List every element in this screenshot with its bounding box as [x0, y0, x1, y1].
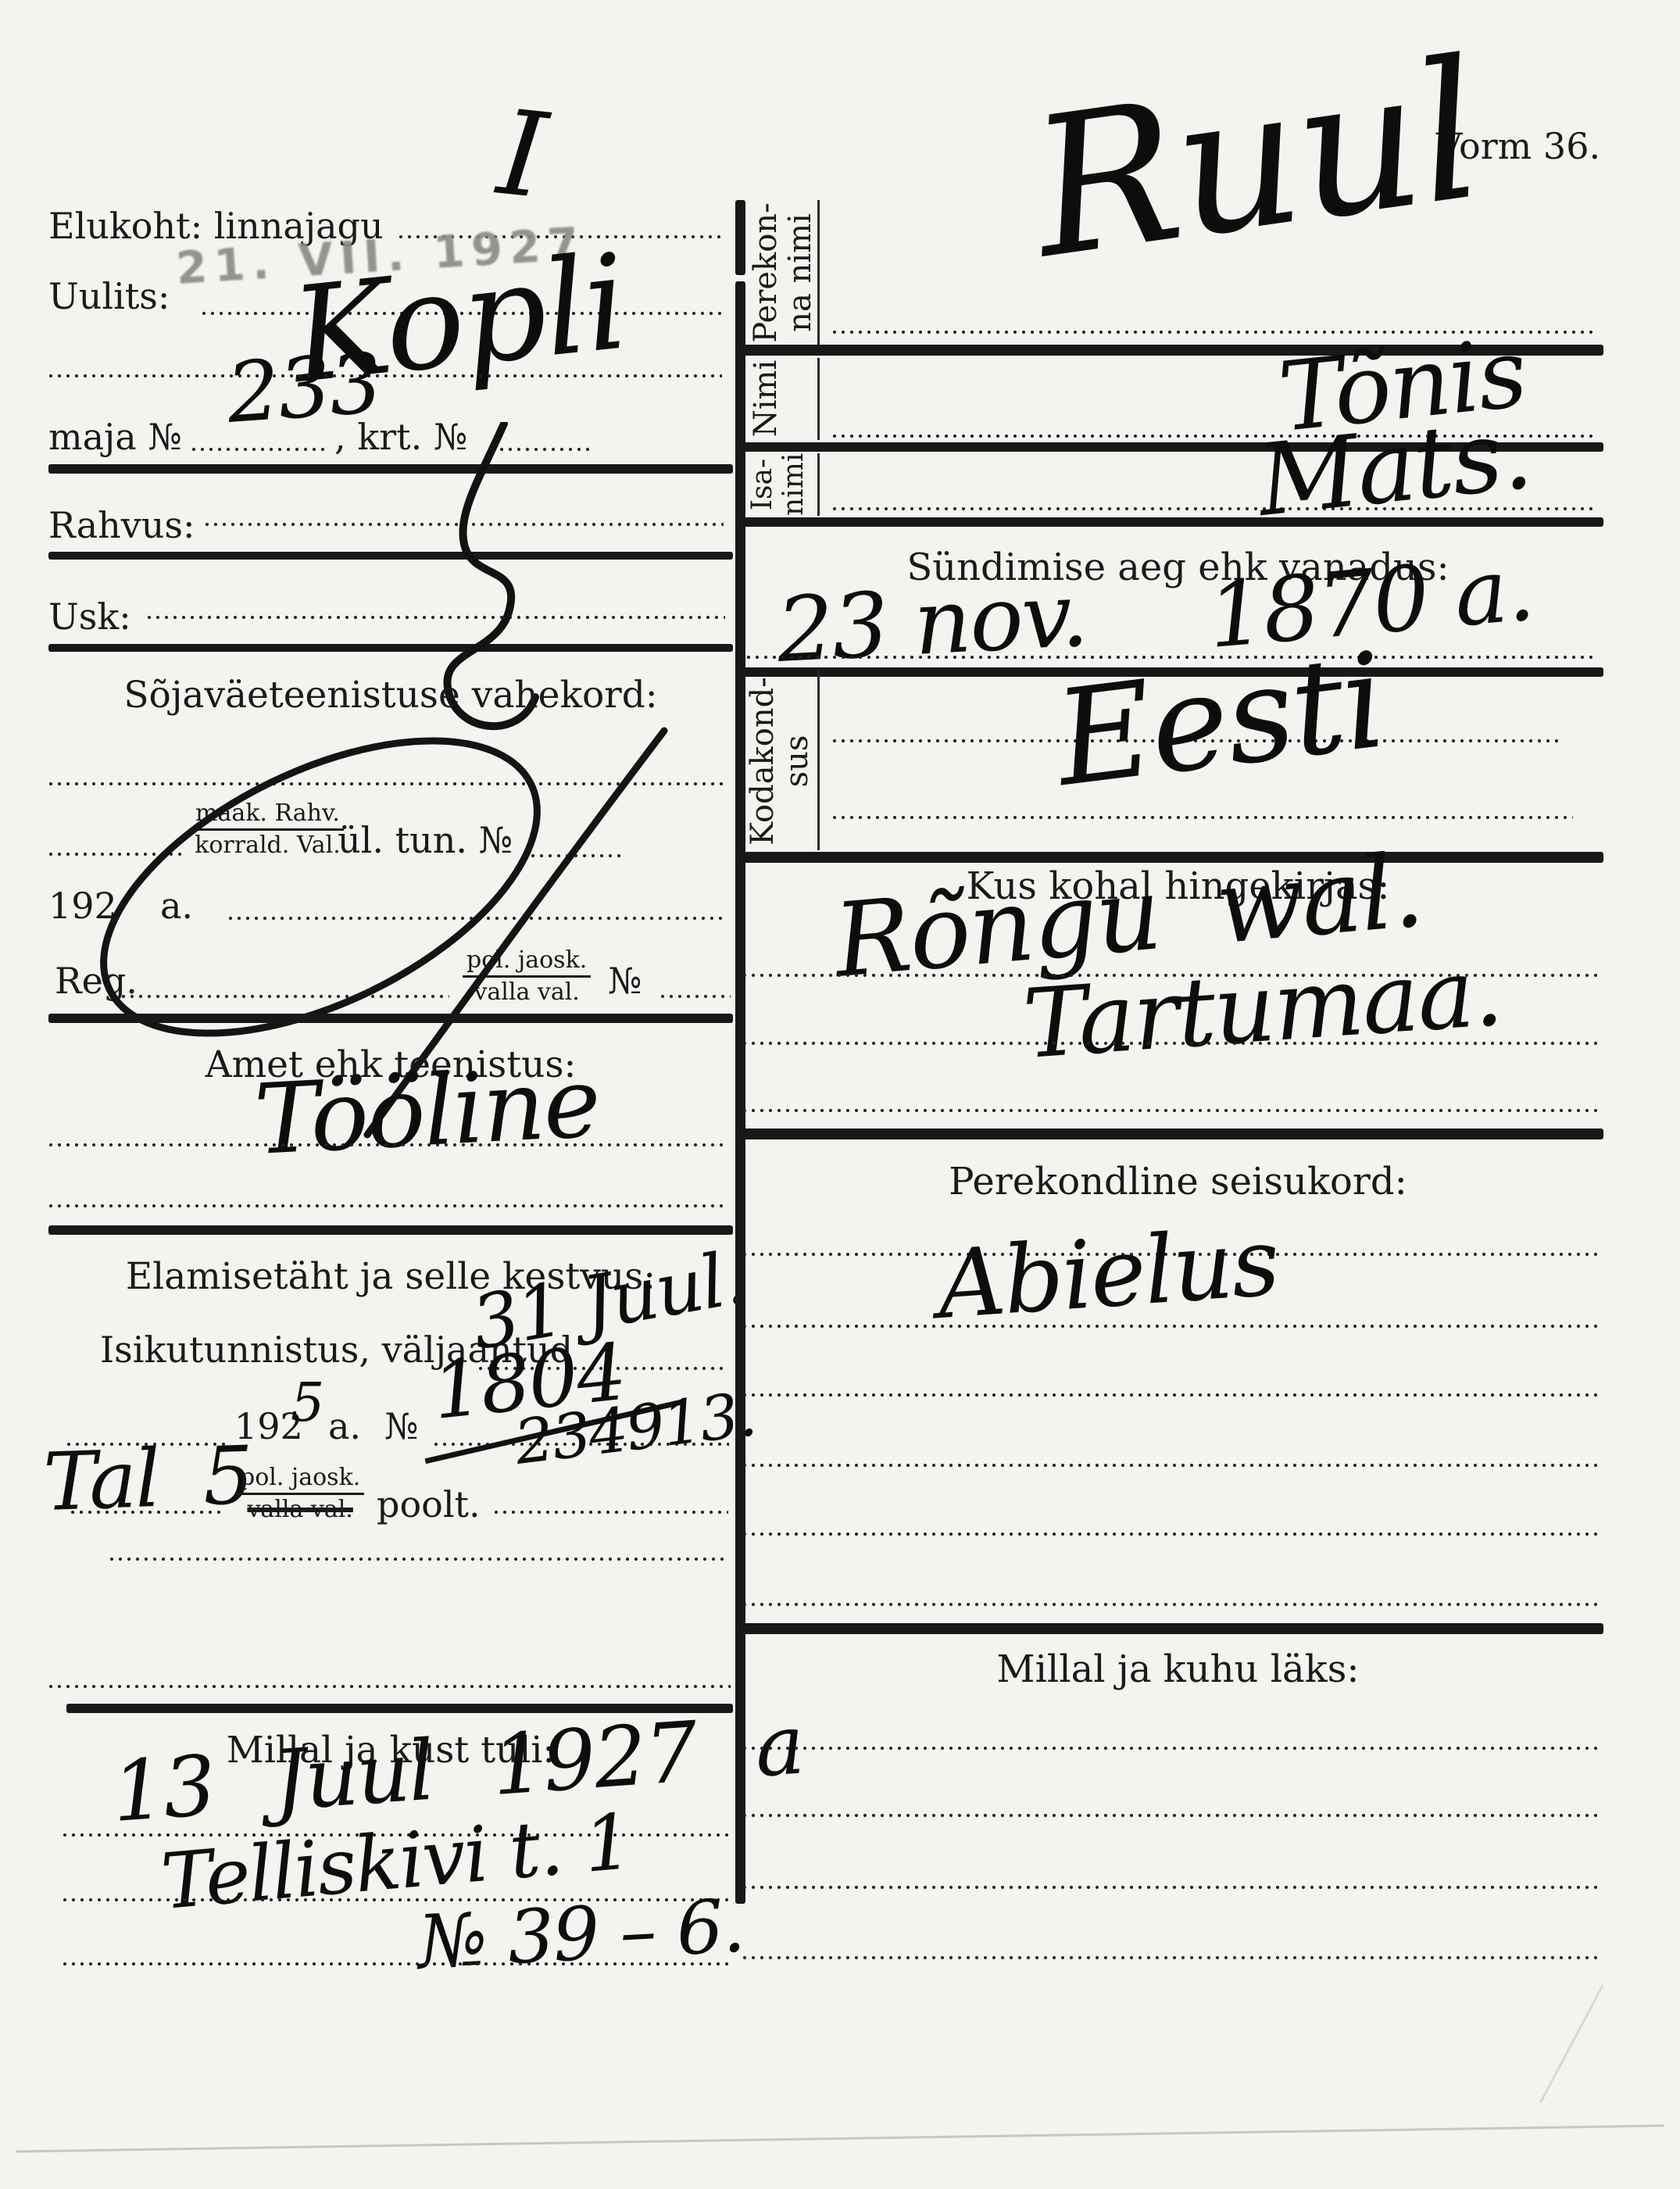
- departure-heading: Millal ja kuhu läks:: [754, 1647, 1602, 1691]
- permit-year-digit-handwriting: 5: [291, 1372, 323, 1434]
- no-sign: №: [608, 960, 642, 1002]
- label-separator-line: [817, 453, 820, 516]
- section-divider: [735, 1128, 1603, 1139]
- maak-rahv-label: maak. Rahv.: [191, 799, 344, 831]
- page-edge-artifact: [16, 2124, 1664, 2152]
- birth-date-handwriting: 23 nov.: [774, 562, 1089, 682]
- pencil-mark-artifact: [1539, 1984, 1603, 2103]
- dotted-line: [742, 1324, 1600, 1329]
- a-label: a.: [160, 885, 193, 927]
- dotted-line: [832, 815, 1573, 820]
- dotted-line: [742, 1602, 1600, 1607]
- label-separator-line: [817, 671, 820, 850]
- pol-jaosk-label: pol. jaosk.: [463, 946, 591, 978]
- dotted-line: [742, 1885, 1600, 1890]
- maja-label: maja №: [48, 416, 182, 458]
- section-divider: [735, 1623, 1603, 1634]
- citizenship-label: Kodakond- sus: [745, 672, 814, 850]
- ul-tun-label: ül. tun. №: [338, 819, 513, 861]
- permit-no-sign: №: [384, 1405, 419, 1447]
- rahvus-label: Rahvus:: [48, 504, 195, 546]
- section-divider: [48, 464, 733, 474]
- krt-label: , krt. №: [334, 416, 467, 458]
- korrald-val-label: korrald. Val.: [195, 832, 341, 859]
- dotted-line: [742, 1108, 1602, 1113]
- year-192-label: 192: [48, 885, 117, 927]
- district-number-handwriting: I: [492, 85, 551, 225]
- dotted-line: [121, 994, 449, 999]
- dotted-line: [742, 1746, 1600, 1751]
- pol-jaosk-fraction: pol. jaosk. valla val.: [236, 1463, 364, 1524]
- surname-handwriting: Ruul: [1020, 18, 1492, 301]
- dotted-line: [48, 1204, 727, 1208]
- dotted-line: [742, 1532, 1600, 1536]
- dotted-line: [522, 853, 624, 858]
- section-divider: [48, 552, 733, 560]
- dotted-line: [63, 1962, 733, 1966]
- dotted-line: [147, 615, 725, 620]
- section-divider: [48, 1014, 733, 1023]
- citizenship-handwriting: Eesti: [1048, 624, 1392, 816]
- dotted-line: [48, 852, 183, 857]
- column-divider: [735, 200, 745, 275]
- dotted-line: [205, 522, 724, 527]
- occupation-handwriting: Tööline: [252, 1046, 602, 1177]
- surname-label: Perekon- na nimi: [749, 201, 817, 345]
- dotted-line: [742, 1813, 1600, 1818]
- father-name-label: Isa- nimi: [747, 453, 809, 516]
- section-divider: [735, 517, 1603, 527]
- dotted-line: [742, 1041, 1602, 1046]
- dotted-line: [48, 782, 725, 786]
- valla-val-label: valla val.: [474, 978, 579, 1006]
- pol-jaosk-label: pol. jaosk.: [236, 1463, 364, 1495]
- military-section-heading: Sõjaväeteenistuse vahekord:: [48, 674, 733, 717]
- dotted-line: [191, 447, 328, 452]
- first-name-label: Nimi: [749, 357, 783, 440]
- uulits-label: Uulits:: [48, 275, 170, 317]
- dotted-line: [660, 994, 731, 999]
- marital-heading: Perekondline seisukord:: [754, 1160, 1602, 1204]
- registration-card: Vorm 36. Elukoht: linnajagu I 21. VII. 1…: [0, 0, 1680, 2189]
- label-separator-line: [817, 358, 820, 440]
- section-divider: [48, 644, 733, 652]
- dotted-line: [109, 1557, 728, 1561]
- permit-a-label: a.: [328, 1405, 361, 1447]
- dotted-line: [494, 1510, 728, 1515]
- valla-val-label-struck: valla val.: [247, 1496, 352, 1523]
- dotted-line: [228, 916, 725, 921]
- dotted-line: [48, 1143, 727, 1147]
- marital-status-handwriting: Abielus: [934, 1208, 1281, 1340]
- dotted-line: [48, 374, 722, 378]
- arrival-house-handwriting: № 39 – 6.: [416, 1883, 745, 1986]
- dotted-line: [70, 1510, 223, 1515]
- section-divider: [48, 1225, 733, 1235]
- poolt-label: poolt.: [377, 1483, 481, 1526]
- maak-rahv-fraction: maak. Rahv. korrald. Val.: [191, 799, 344, 860]
- dotted-line: [48, 1684, 731, 1689]
- dotted-line: [742, 1955, 1600, 1960]
- usk-label: Usk:: [48, 596, 131, 638]
- pol-jaosk-fraction: pol. jaosk. valla val.: [463, 946, 591, 1007]
- dotted-line: [491, 447, 591, 452]
- label-separator-line: [817, 200, 820, 345]
- dotted-line: [742, 1463, 1600, 1468]
- dotted-line: [742, 1393, 1600, 1397]
